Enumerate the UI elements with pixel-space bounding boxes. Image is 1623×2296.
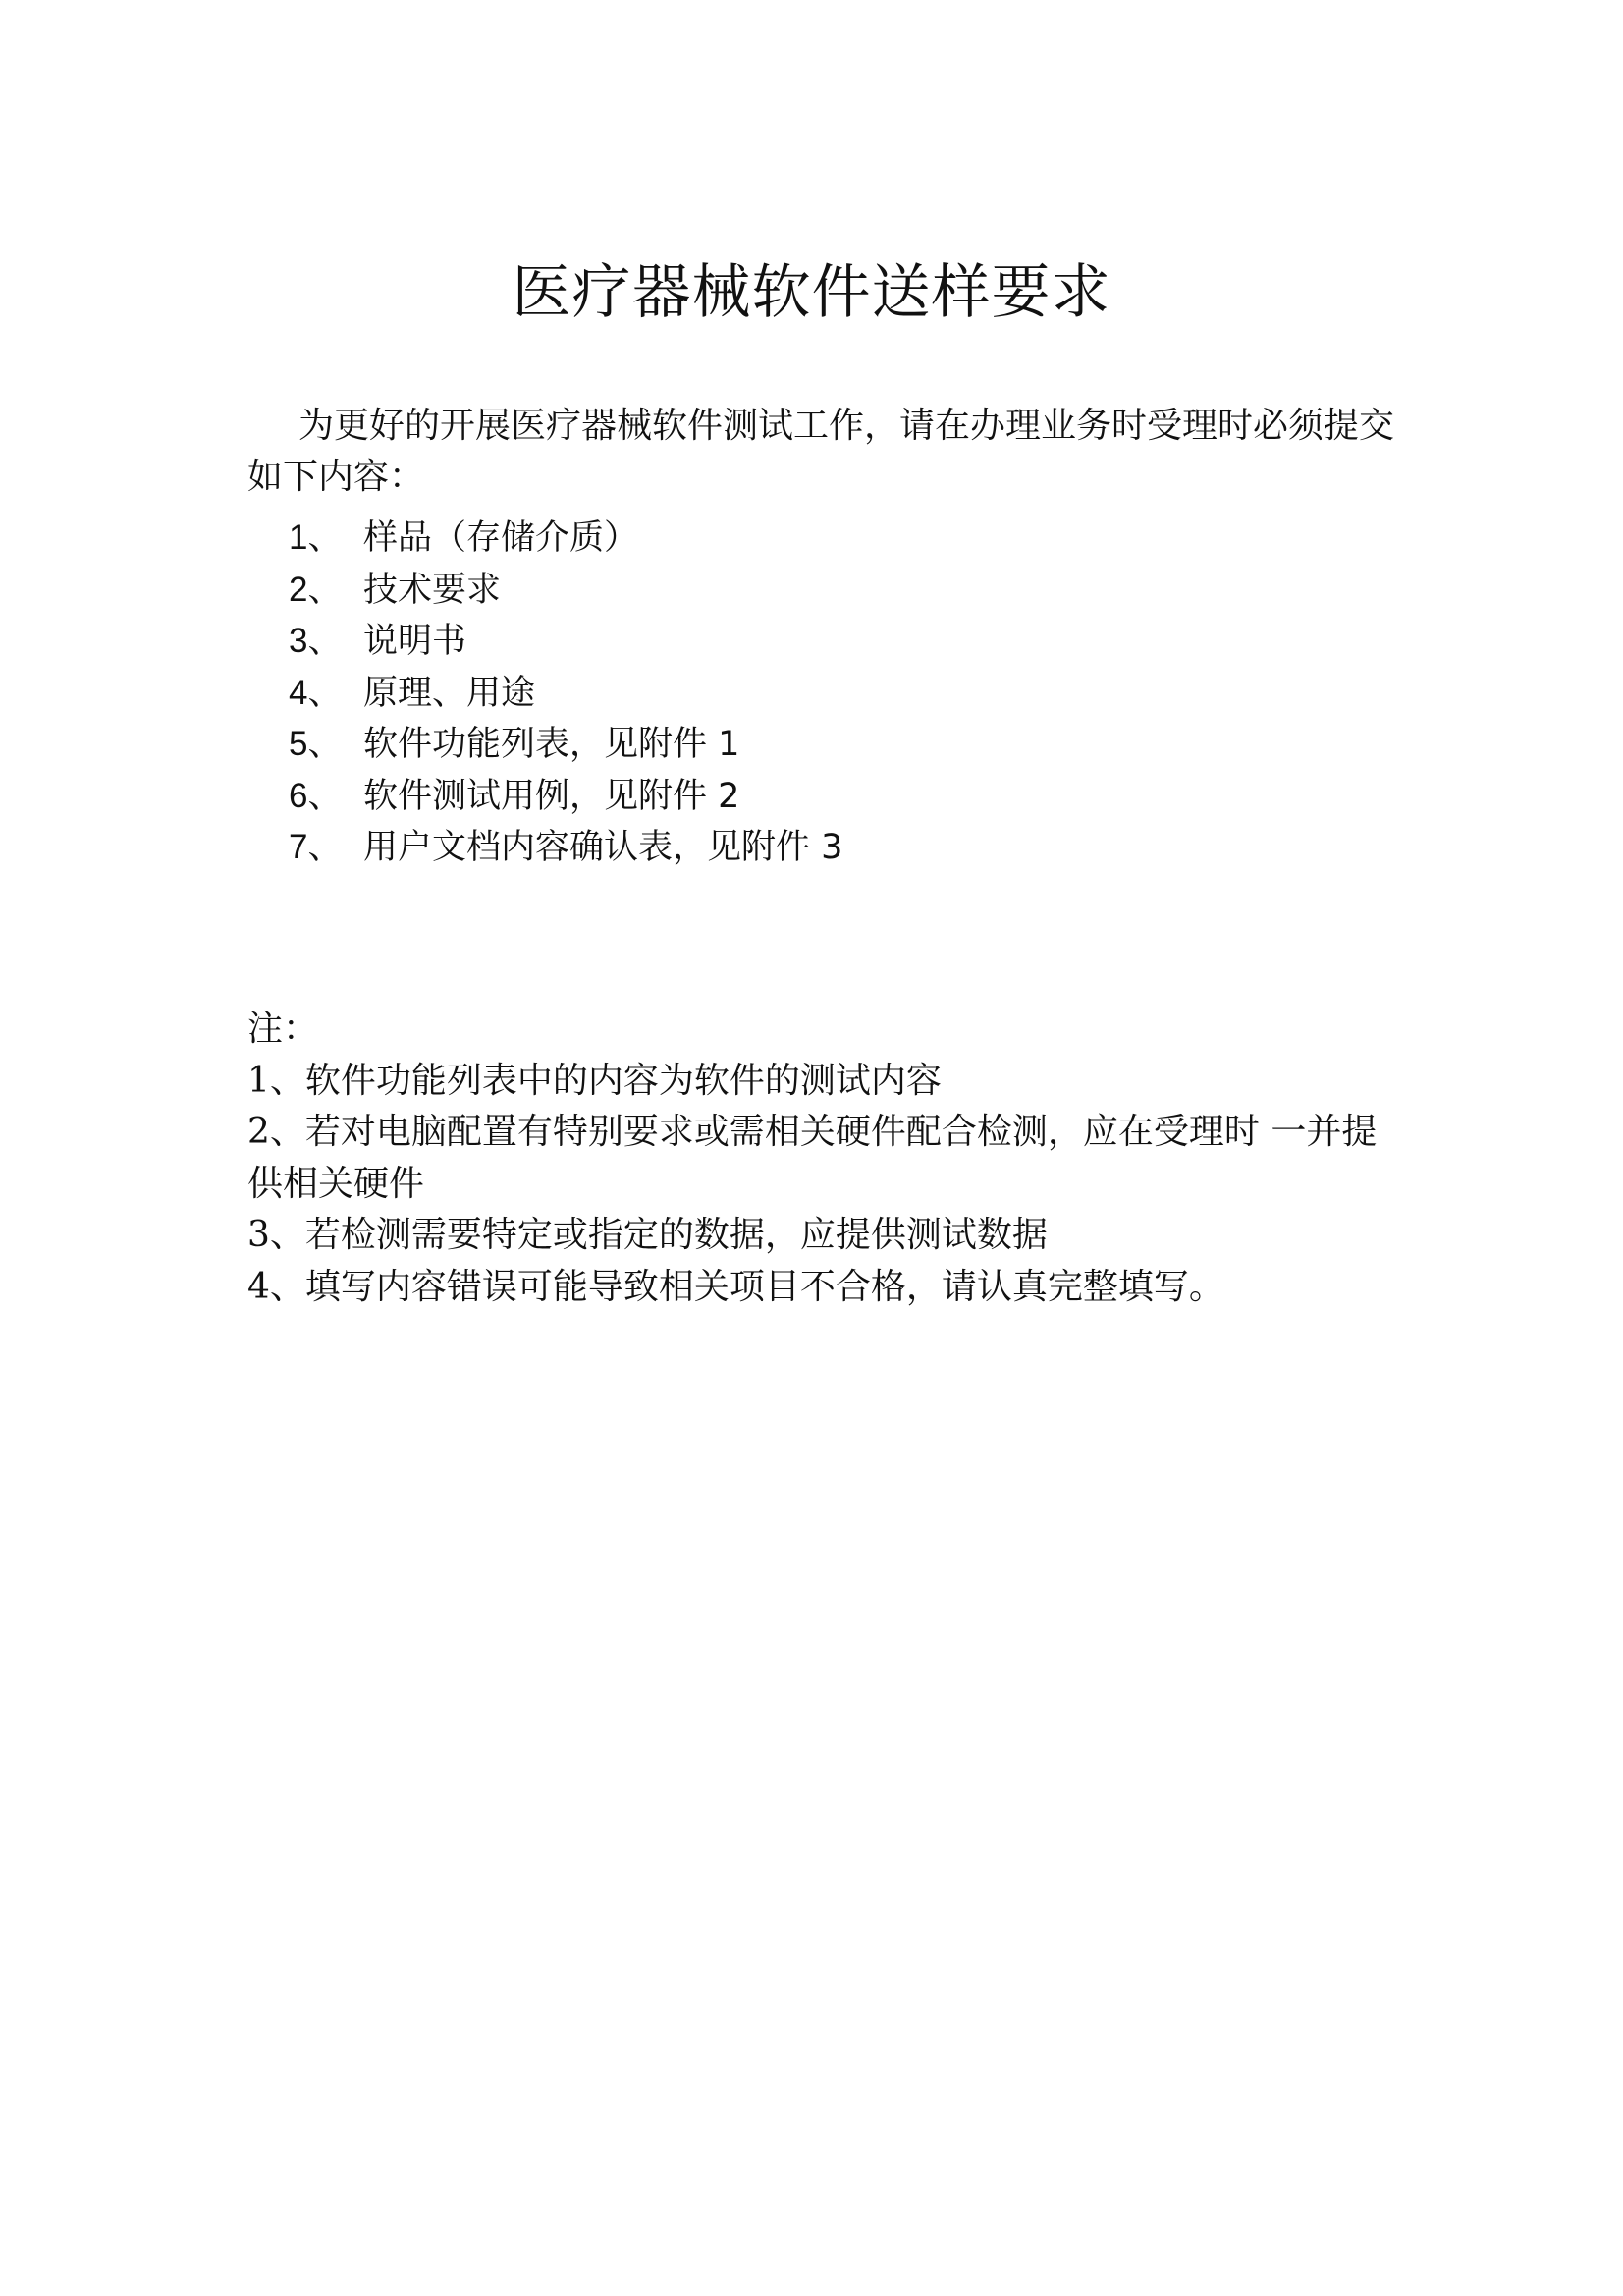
requirement-text: 用户文档内容确认表，见附件 3 [363,822,842,874]
note-item: 2、若对电脑配置有特别要求或需相关硬件配合检测，应在受理时 一并提供相关硬件 [247,1107,1396,1210]
requirement-number: 2、 [289,565,363,617]
requirement-item: 6、 软件测试用例，见附件 2 [289,771,842,823]
requirement-text: 软件测试用例，见附件 2 [363,771,739,823]
requirement-number: 5、 [289,719,363,771]
requirement-number: 6、 [289,771,363,823]
requirement-number: 7、 [289,822,363,874]
requirement-text: 原理、用途 [363,668,535,720]
document-title: 医疗器械软件送样要求 [0,253,1623,332]
requirement-item: 5、 软件功能列表，见附件 1 [289,719,842,771]
intro-text: 为更好的开展医疗器械软件测试工作，请在办理业务时受理时必须提交如下内容： [247,406,1394,497]
document-page: 医疗器械软件送样要求 为更好的开展医疗器械软件测试工作，请在办理业务时受理时必须… [0,0,1623,2296]
intro-paragraph: 为更好的开展医疗器械软件测试工作，请在办理业务时受理时必须提交如下内容： [247,401,1396,503]
requirement-text: 技术要求 [363,565,501,617]
requirements-list: 1、 样品（存储介质） 2、 技术要求 3、 说明书 4、 原理、用途 5、 软… [289,513,842,874]
note-item: 4、填写内容错误可能导致相关项目不合格，请认真完整填写。 [247,1262,1396,1314]
requirement-number: 1、 [289,513,363,565]
requirement-number: 4、 [289,668,363,720]
note-item: 3、若检测需要特定或指定的数据，应提供测试数据 [247,1210,1396,1262]
requirement-item: 4、 原理、用途 [289,668,842,720]
requirement-text: 软件功能列表，见附件 1 [363,719,739,771]
notes-label: 注： [247,1004,1396,1056]
requirement-item: 3、 说明书 [289,616,842,668]
requirement-text: 说明书 [363,616,466,668]
requirement-item: 7、 用户文档内容确认表，见附件 3 [289,822,842,874]
requirement-number: 3、 [289,616,363,668]
requirement-item: 2、 技术要求 [289,565,842,617]
notes-section: 注： 1、软件功能列表中的内容为软件的测试内容 2、若对电脑配置有特别要求或需相… [247,1004,1396,1313]
note-item: 1、软件功能列表中的内容为软件的测试内容 [247,1056,1396,1108]
requirement-item: 1、 样品（存储介质） [289,513,842,565]
requirement-text: 样品（存储介质） [363,513,638,565]
